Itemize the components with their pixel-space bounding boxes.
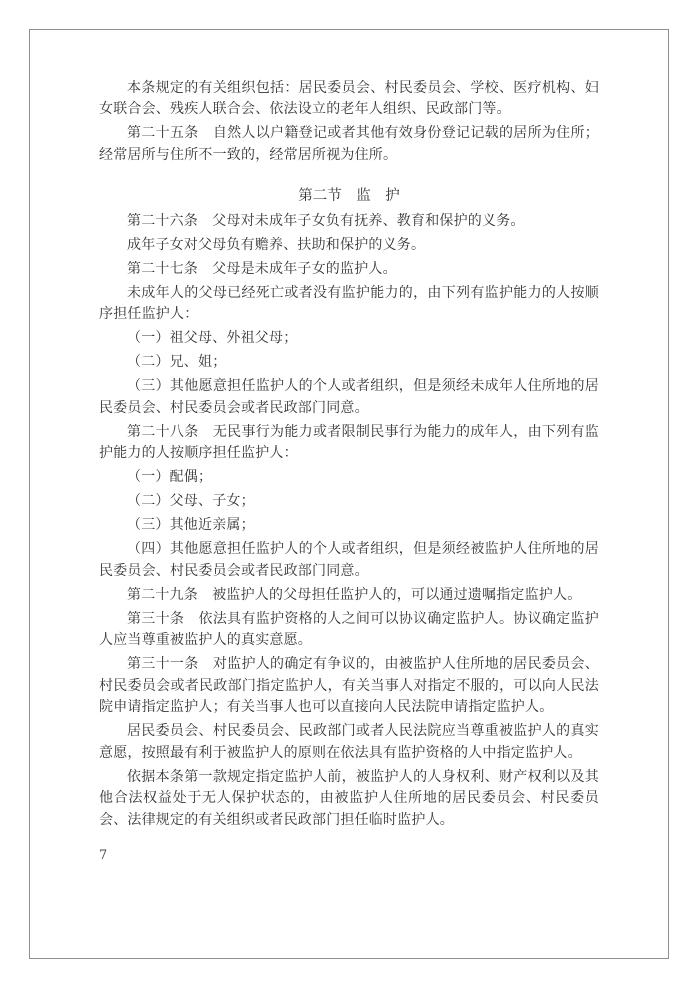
article-paragraph: 第三十条 依法具有监护资格的人之间可以协议确定监护人。协议确定监护人应当尊重被监… <box>99 609 599 652</box>
body-paragraph: 未成年人的父母已经死亡或者没有监护能力的，由下列有监护能力的人按顺序担任监护人： <box>99 283 599 326</box>
body-paragraph: 居民委员会、村民委员会、民政部门或者人民法院应当尊重被监护人的真实意愿，按照最有… <box>99 721 599 764</box>
list-item-paragraph: （三）其他愿意担任监护人的个人或者组织，但是须经未成年人住所地的居民委员会、村民… <box>99 376 599 419</box>
article-paragraph: 第二十九条 被监护人的父母担任监护人的，可以通过遗嘱指定监护人。 <box>99 585 599 607</box>
page-content: 本条规定的有关组织包括：居民委员会、村民委员会、学校、医疗机构、妇女联合会、残疾… <box>30 30 668 867</box>
list-item-paragraph: （二）兄、姐； <box>99 352 599 374</box>
list-item-paragraph: （一）祖父母、外祖父母； <box>99 328 599 350</box>
list-item-paragraph: （二）父母、子女； <box>99 491 599 513</box>
article-paragraph: 第二十七条 父母是未成年子女的监护人。 <box>99 259 599 281</box>
document-page: 本条规定的有关组织包括：居民委员会、村民委员会、学校、医疗机构、妇女联合会、残疾… <box>29 29 669 959</box>
body-paragraph: 成年子女对父母负有赡养、扶助和保护的义务。 <box>99 235 599 257</box>
section-heading: 第二节 监 护 <box>99 186 599 208</box>
body-paragraph: 依据本条第一款规定指定监护人前，被监护人的人身权利、财产权利以及其他合法权益处于… <box>99 767 599 832</box>
list-item-paragraph: （三）其他近亲属； <box>99 515 599 537</box>
article-paragraph: 第二十六条 父母对未成年子女负有抚养、教育和保护的义务。 <box>99 211 599 233</box>
document-viewer: 本条规定的有关组织包括：居民委员会、村民委员会、学校、医疗机构、妇女联合会、残疾… <box>0 0 700 990</box>
article-paragraph: 第三十一条 对监护人的确定有争议的，由被监护人住所地的居民委员会、村民委员会或者… <box>99 654 599 719</box>
page-number: 7 <box>99 845 599 867</box>
article-paragraph: 第二十五条 自然人以户籍登记或者其他有效身份登记记载的居所为住所；经常居所与住所… <box>99 123 599 166</box>
body-paragraph: 本条规定的有关组织包括：居民委员会、村民委员会、学校、医疗机构、妇女联合会、残疾… <box>99 78 599 121</box>
list-item-paragraph: （一）配偶； <box>99 467 599 489</box>
list-item-paragraph: （四）其他愿意担任监护人的个人或者组织，但是须经被监护人住所地的居民委员会、村民… <box>99 539 599 582</box>
article-paragraph: 第二十八条 无民事行为能力或者限制民事行为能力的成年人，由下列有监护能力的人按顺… <box>99 422 599 465</box>
